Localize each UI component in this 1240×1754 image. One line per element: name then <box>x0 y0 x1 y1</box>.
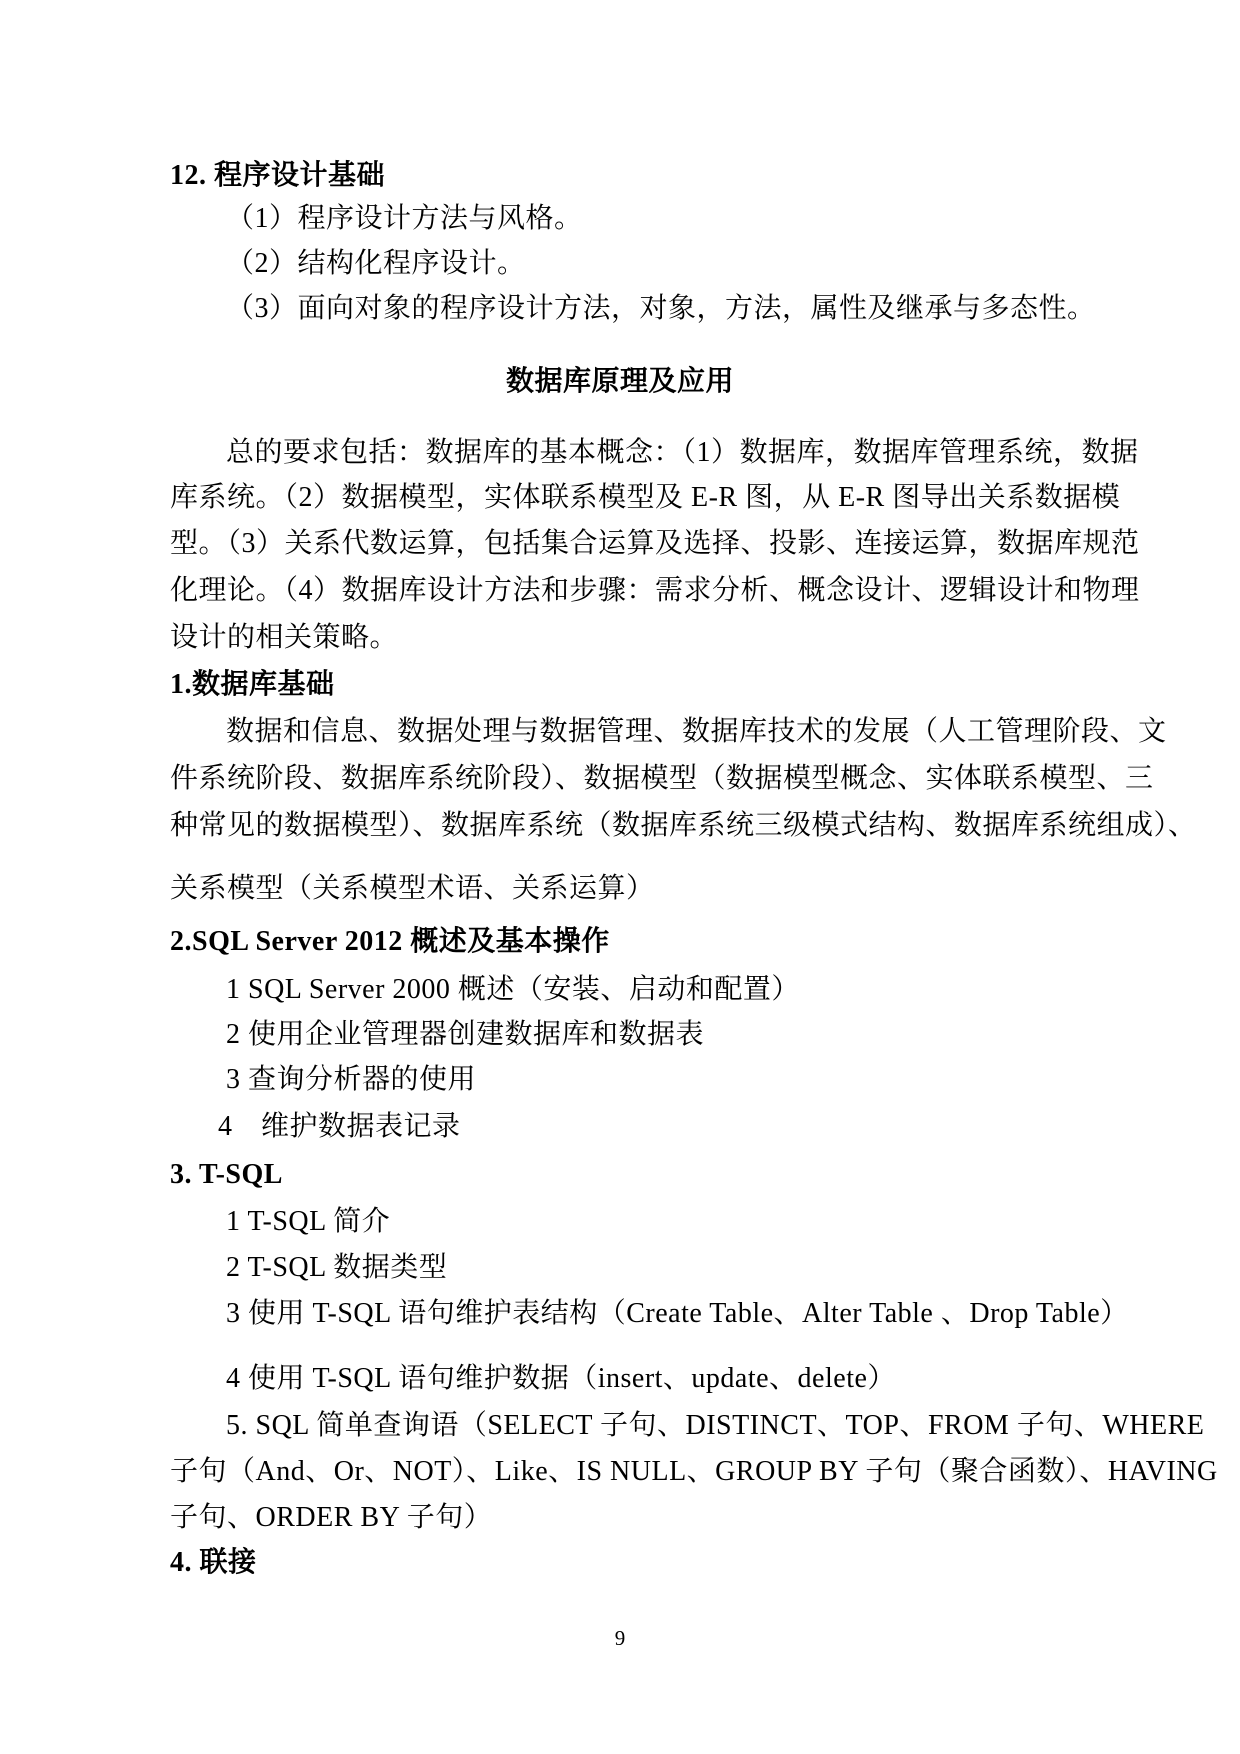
section-3-item-3: 3 使用 T-SQL 语句维护表结构（Create Table、Alter Ta… <box>226 1291 1129 1337</box>
section-12-item-1: （1）程序设计方法与风格。 <box>226 196 583 242</box>
overview-line: 库系统。（2）数据模型，实体联系模型及 E-R 图，从 E-R 图导出关系数据模 <box>170 475 1120 521</box>
section-1-heading: 1.数据库基础 <box>170 662 335 708</box>
document-page: 12. 程序设计基础 （1）程序设计方法与风格。 （2）结构化程序设计。 （3）… <box>0 0 1240 1754</box>
overview-line: 设计的相关策略。 <box>170 615 398 661</box>
section-12-heading: 12. 程序设计基础 <box>170 153 385 199</box>
overview-line: 总的要求包括：数据库的基本概念：（1）数据库，数据库管理系统，数据 <box>226 430 1139 476</box>
section-2-heading: 2.SQL Server 2012 概述及基本操作 <box>170 919 610 965</box>
section-3-item-5-line: 子句、ORDER BY 子句） <box>170 1495 492 1541</box>
course-title: 数据库原理及应用 <box>0 359 1240 405</box>
section-12-item-3: （3）面向对象的程序设计方法，对象，方法，属性及继承与多态性。 <box>226 286 1096 332</box>
section-1-line: 件系统阶段、数据库系统阶段）、数据模型（数据模型概念、实体联系模型、三 <box>170 756 1154 802</box>
section-3-item-5-line: 子句（And、Or、NOT）、Like、IS NULL、GROUP BY 子句（… <box>170 1449 1218 1495</box>
section-2-item-3: 3 查询分析器的使用 <box>226 1057 476 1103</box>
section-12-item-2: （2）结构化程序设计。 <box>226 241 526 287</box>
section-2-item-2: 2 使用企业管理器创建数据库和数据表 <box>226 1012 704 1058</box>
section-3-item-5-line: 5. SQL 简单查询语（SELECT 子句、DISTINCT、TOP、FROM… <box>226 1403 1204 1449</box>
section-1-line: 数据和信息、数据处理与数据管理、数据库技术的发展（人工管理阶段、文 <box>226 709 1167 755</box>
page-number: 9 <box>0 1623 1240 1653</box>
overview-line: 型。（3）关系代数运算，包括集合运算及选择、投影、连接运算，数据库规范 <box>170 521 1140 567</box>
section-1-line: 关系模型（关系模型术语、关系运算） <box>170 866 655 912</box>
section-3-item-4: 4 使用 T-SQL 语句维护数据（insert、update、delete） <box>226 1356 896 1402</box>
section-3-heading: 3. T-SQL <box>170 1152 283 1198</box>
section-4-heading: 4. 联接 <box>170 1540 257 1586</box>
section-2-item-1: 1 SQL Server 2000 概述（安装、启动和配置） <box>226 967 800 1013</box>
section-3-item-1: 1 T-SQL 简介 <box>226 1199 390 1245</box>
section-3-item-2: 2 T-SQL 数据类型 <box>226 1245 447 1291</box>
section-1-line: 种常见的数据模型）、数据库系统（数据库系统三级模式结构、数据库系统组成）、 <box>170 803 1197 849</box>
section-2-item-4: 4 维护数据表记录 <box>218 1104 461 1150</box>
overview-line: 化理论。（4）数据库设计方法和步骤：需求分析、概念设计、逻辑设计和物理 <box>170 568 1140 614</box>
